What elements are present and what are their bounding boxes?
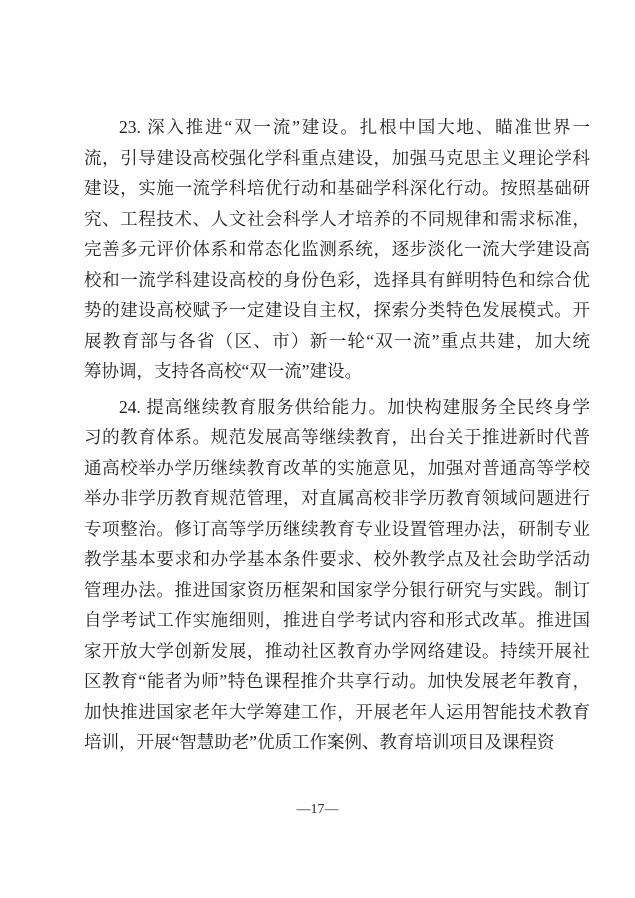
document-page: 23. 深入推进“双一流”建设。扎根中国大地、瞄准世界一 流，引导建设高校强化学… <box>0 0 635 898</box>
text-line: 究、工程技术、人文社会科学人才培养的不同规律和需求标准， <box>84 204 590 235</box>
paragraph-24: 24. 提高继续教育服务供给能力。加快构建服务全民终身学 习的教育体系。规范发展… <box>84 392 590 758</box>
document-body: 23. 深入推进“双一流”建设。扎根中国大地、瞄准世界一 流，引导建设高校强化学… <box>84 112 590 758</box>
text-line: 流，引导建设高校强化学科重点建设，加强马克思主义理论学科 <box>84 143 590 174</box>
paragraph-23: 23. 深入推进“双一流”建设。扎根中国大地、瞄准世界一 流，引导建设高校强化学… <box>84 112 590 387</box>
page-number: —17— <box>0 801 635 818</box>
text-line: 自学考试工作实施细则，推进自学考试内容和形式改革。推进国 <box>84 605 590 636</box>
text-line: 加快推进国家老年大学筹建工作，开展老年人运用智能技术教育 <box>84 697 590 728</box>
text-line: 23. 深入推进“双一流”建设。扎根中国大地、瞄准世界一 <box>84 112 590 143</box>
text-line: 完善多元评价体系和常态化监测系统，逐步淡化一流大学建设高 <box>84 234 590 265</box>
text-line: 校和一流学科建设高校的身份色彩，选择具有鲜明特色和综合优 <box>84 265 590 296</box>
text-line: 举办非学历教育规范管理，对直属高校非学历教育领域问题进行 <box>84 483 590 514</box>
text-line: 专项整治。修订高等学历继续教育专业设置管理办法，研制专业 <box>84 514 590 545</box>
text-line: 展教育部与各省（区、市）新一轮“双一流”重点共建，加大统 <box>84 326 590 357</box>
text-line: 通高校举办学历继续教育改革的实施意见，加强对普通高等学校 <box>84 453 590 484</box>
text-line: 习的教育体系。规范发展高等继续教育，出台关于推进新时代普 <box>84 422 590 453</box>
text-line: 管理办法。推进国家资历框架和国家学分银行研究与实践。制订 <box>84 575 590 606</box>
text-line: 家开放大学创新发展，推动社区教育办学网络建设。持续开展社 <box>84 636 590 667</box>
text-line: 势的建设高校赋予一定建设自主权，探索分类特色发展模式。开 <box>84 295 590 326</box>
text-line: 区教育“能者为师”特色课程推介共享行动。加快发展老年教育， <box>84 666 590 697</box>
text-line: 24. 提高继续教育服务供给能力。加快构建服务全民终身学 <box>84 392 590 423</box>
text-line: 筹协调，支持各高校“双一流”建设。 <box>84 356 590 387</box>
text-line: 培训，开展“智慧助老”优质工作案例、教育培训项目及课程资 <box>84 727 590 758</box>
text-line: 教学基本要求和办学基本条件要求、校外教学点及社会助学活动 <box>84 544 590 575</box>
text-line: 建设，实施一流学科培优行动和基础学科深化行动。按照基础研 <box>84 173 590 204</box>
